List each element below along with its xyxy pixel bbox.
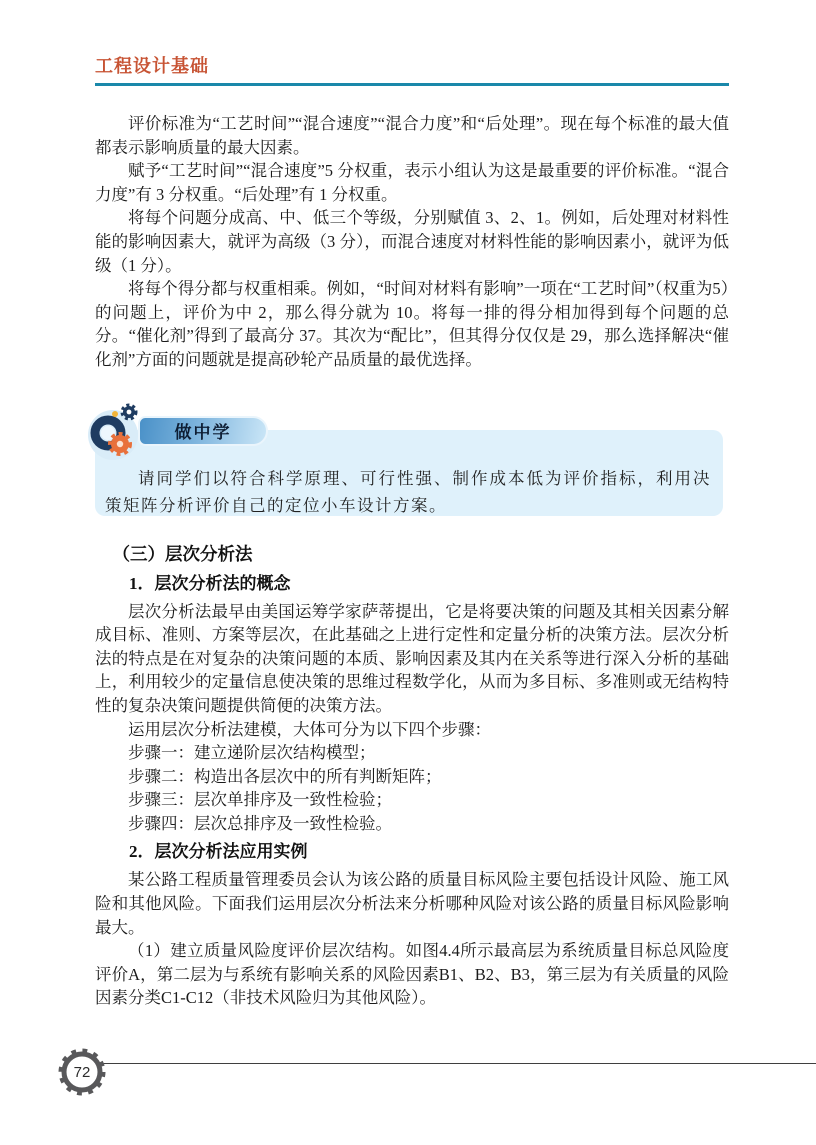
step-line: 步骤四：层次总排序及一致性检验。 bbox=[95, 812, 729, 836]
section-heading: （三）层次分析法 bbox=[95, 542, 729, 566]
gears-icon bbox=[87, 401, 143, 461]
body-paragraph: 赋予“工艺时间”“混合速度”5 分权重，表示小组认为这是最重要的评价标准。“混合… bbox=[95, 159, 729, 206]
page-number: 72 bbox=[57, 1047, 107, 1097]
body-paragraph: 层次分析法最早由美国运筹学家萨蒂提出，它是将要决策的问题及其相关因素分解成目标、… bbox=[95, 600, 729, 718]
footer-rule bbox=[97, 1063, 816, 1064]
step-line: 步骤一：建立递阶层次结构模型； bbox=[95, 741, 729, 765]
gear-icon: 72 bbox=[57, 1047, 107, 1097]
learning-by-doing-callout: 请同学们以符合科学原理、可行性强、制作成本低为评价指标，利用决策矩阵分析评价自己… bbox=[95, 401, 729, 517]
body-paragraph: 将每个得分都与权重相乘。例如，“时间对材料有影响”一项在“工艺时间”（权重为5）… bbox=[95, 277, 729, 371]
content-column: 工程设计基础 评价标准为“工艺时间”“混合速度”“混合力度”和“后处理”。现在每… bbox=[95, 0, 729, 1010]
steps-intro: 运用层次分析法建模，大体可分为以下四个步骤： bbox=[95, 718, 729, 742]
body-paragraph: 将每个问题分成高、中、低三个等级，分别赋值 3、2、1。例如，后处理对材料性能的… bbox=[95, 206, 729, 277]
body-paragraph: 评价标准为“工艺时间”“混合速度”“混合力度”和“后处理”。现在每个标准的最大值… bbox=[95, 112, 729, 159]
body-paragraph: 某公路工程质量管理委员会认为该公路的质量目标风险主要包括设计风险、施工风险和其他… bbox=[95, 868, 729, 939]
step-line: 步骤二：构造出各层次中的所有判断矩阵； bbox=[95, 765, 729, 789]
subsection-1-heading: 1．层次分析法的概念 bbox=[95, 572, 729, 596]
header: 工程设计基础 bbox=[95, 0, 729, 86]
callout-tab: 做中学 bbox=[138, 416, 268, 446]
subsection-2-heading: 2．层次分析法应用实例 bbox=[95, 840, 729, 864]
textbook-page: 工程设计基础 评价标准为“工艺时间”“混合速度”“混合力度”和“后处理”。现在每… bbox=[0, 0, 816, 1145]
page-title: 工程设计基础 bbox=[95, 52, 729, 78]
body-paragraph: （1）建立质量风险度评价层次结构。如图4.4所示最高层为系统质量目标总风险度评价… bbox=[95, 939, 729, 1010]
step-line: 步骤三：层次单排序及一致性检验； bbox=[95, 788, 729, 812]
body-text: 评价标准为“工艺时间”“混合速度”“混合力度”和“后处理”。现在每个标准的最大值… bbox=[95, 112, 729, 372]
